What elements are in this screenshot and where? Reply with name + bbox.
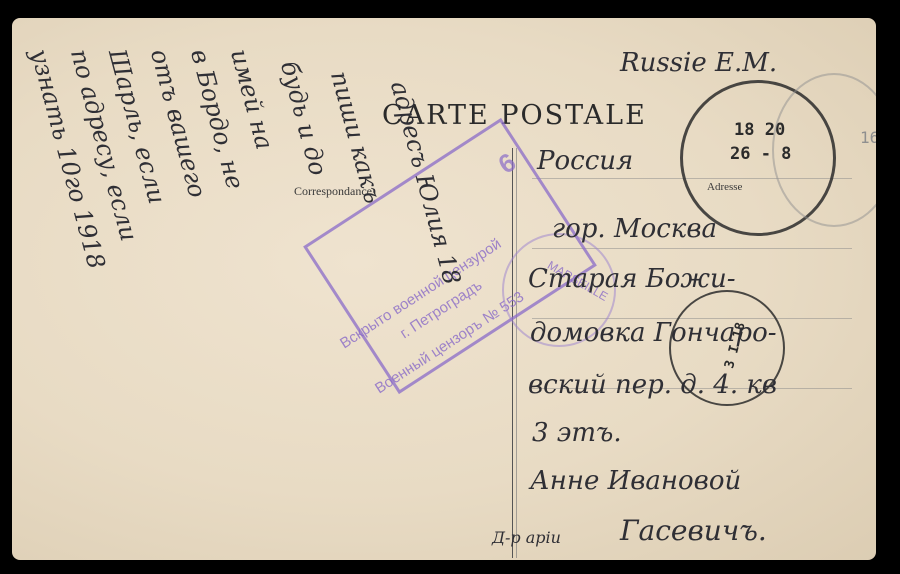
address-line: 3 этъ. (532, 418, 622, 448)
message-column: будь и до (275, 58, 332, 178)
address-line: домовка Гончаро- (530, 318, 777, 348)
address-line: вский пер. д. 4. кв (528, 370, 777, 400)
ghost-postmark-number: 16 (860, 128, 876, 147)
address-line: Россия (537, 146, 633, 176)
postcard: CARTE POSTALE Correspondance Adresse Вск… (12, 18, 876, 560)
address-line: Анне Ивановой (530, 466, 741, 496)
address-header: Russie E.M. (620, 48, 777, 78)
address-line: Старая Божи- (528, 264, 736, 294)
sender-note: Д-р арiи (492, 528, 561, 547)
address-line: гор. Москва (552, 214, 717, 244)
address-line: Гасевичъ. (620, 514, 767, 547)
